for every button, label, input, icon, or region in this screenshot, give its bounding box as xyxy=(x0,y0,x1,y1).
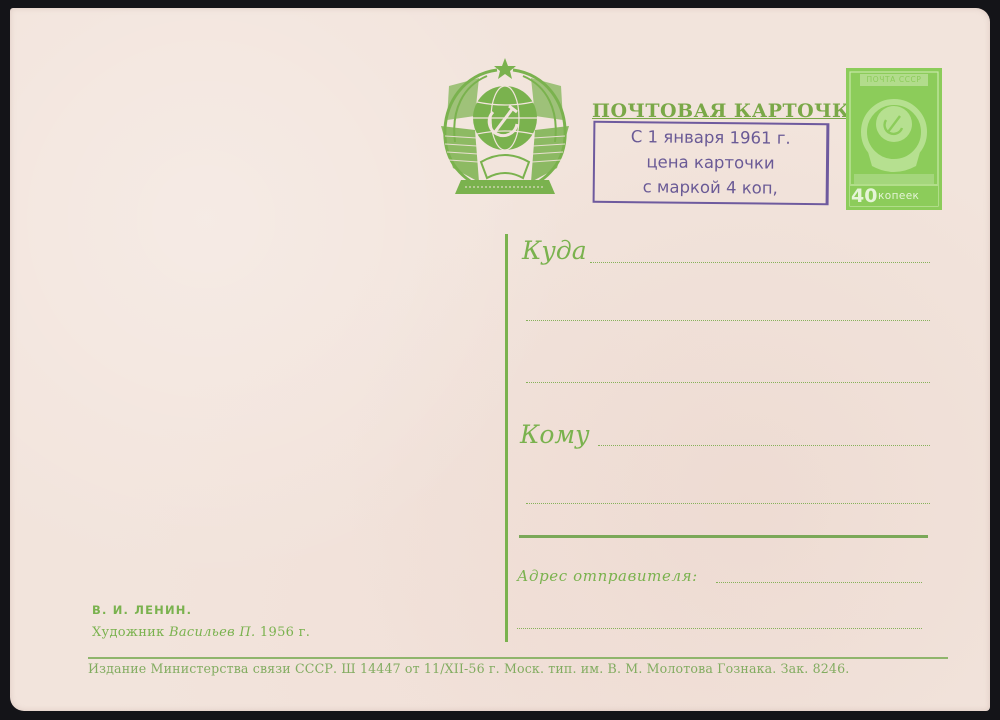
postal-card: ПОЧТОВАЯ КАРТОЧКА С 1 января 1961 г. цен… xyxy=(10,8,990,711)
footer-rule xyxy=(88,657,948,659)
sender-line[interactable] xyxy=(517,628,922,629)
cachet-line: цена карточки xyxy=(595,149,826,176)
revaluation-cachet: С 1 января 1961 г. цена карточки с марко… xyxy=(593,121,830,205)
artist-name: Васильев П. xyxy=(169,625,255,640)
cachet-line: с маркой 4 коп, xyxy=(595,174,826,201)
sender-line[interactable] xyxy=(716,582,922,583)
artist-credit: Художник Васильев П. 1956 г. xyxy=(92,625,310,640)
postage-stamp: ПОЧТА СССР 40 копеек xyxy=(846,68,942,210)
address-line[interactable] xyxy=(526,382,930,383)
to-whom-label: Кому xyxy=(520,420,590,449)
publisher-imprint: Издание Министерства связи СССР. Ш 14447… xyxy=(88,661,849,676)
card-heading: ПОЧТОВАЯ КАРТОЧКА xyxy=(592,100,866,122)
address-line[interactable] xyxy=(590,262,930,263)
to-where-label: Куда xyxy=(522,236,587,265)
address-separator xyxy=(519,535,928,538)
recipient-line[interactable] xyxy=(526,503,930,504)
stamp-unit: копеек xyxy=(878,189,919,203)
ussr-coat-of-arms-icon xyxy=(435,56,575,202)
recipient-line[interactable] xyxy=(598,445,930,446)
vertical-divider xyxy=(505,234,508,642)
portrait-subject: В. И. ЛЕНИН. xyxy=(92,603,192,617)
stamp-value: 40 xyxy=(851,185,877,207)
artist-prefix: Художник xyxy=(92,625,165,640)
artist-year: 1956 г. xyxy=(260,625,310,640)
sender-label: Адрес отправителя: xyxy=(517,567,698,585)
stamp-country: ПОЧТА СССР xyxy=(860,74,928,86)
cachet-line: С 1 января 1961 г. xyxy=(595,124,826,151)
address-line[interactable] xyxy=(526,320,930,321)
